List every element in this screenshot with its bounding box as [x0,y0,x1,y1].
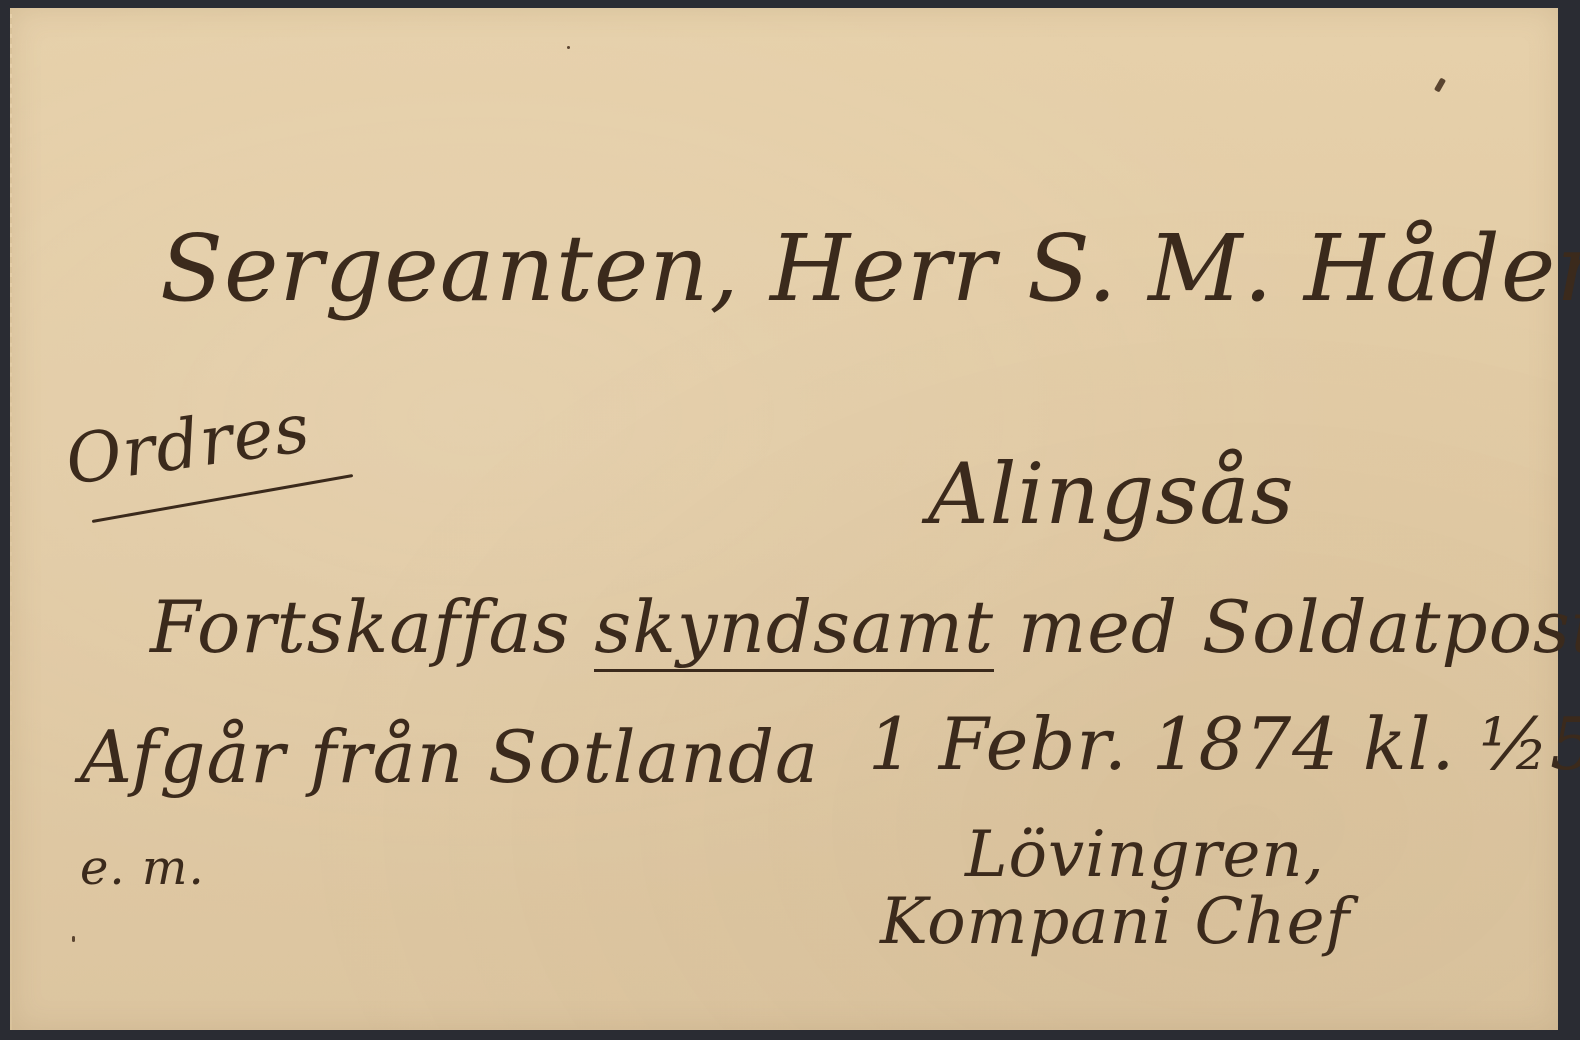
instruction-suffix: med Soldatpost [994,585,1580,669]
ink-speck [72,936,75,942]
instruction-prefix: Fortskaffas [150,585,594,669]
time-suffix: e. m. [80,840,205,896]
ink-speck [567,46,570,49]
ink-speck [1434,77,1446,92]
letter-paper [10,8,1558,1030]
date-time: 1 Febr. 1874 kl. ½5 [868,702,1580,786]
departure-line: Afgår från Sotlanda [80,715,819,799]
signature-name: Lövingren, [965,818,1325,892]
instruction-emphasis: skyndsamt [594,585,994,672]
destination-town: Alingsås [928,445,1295,543]
addressee: Sergeanten, Herr S. M. Hådengren. [160,215,1580,322]
signature-title: Kompani Chef [880,885,1350,959]
delivery-instruction: Fortskaffas skyndsamt med Soldatpost [150,585,1580,669]
